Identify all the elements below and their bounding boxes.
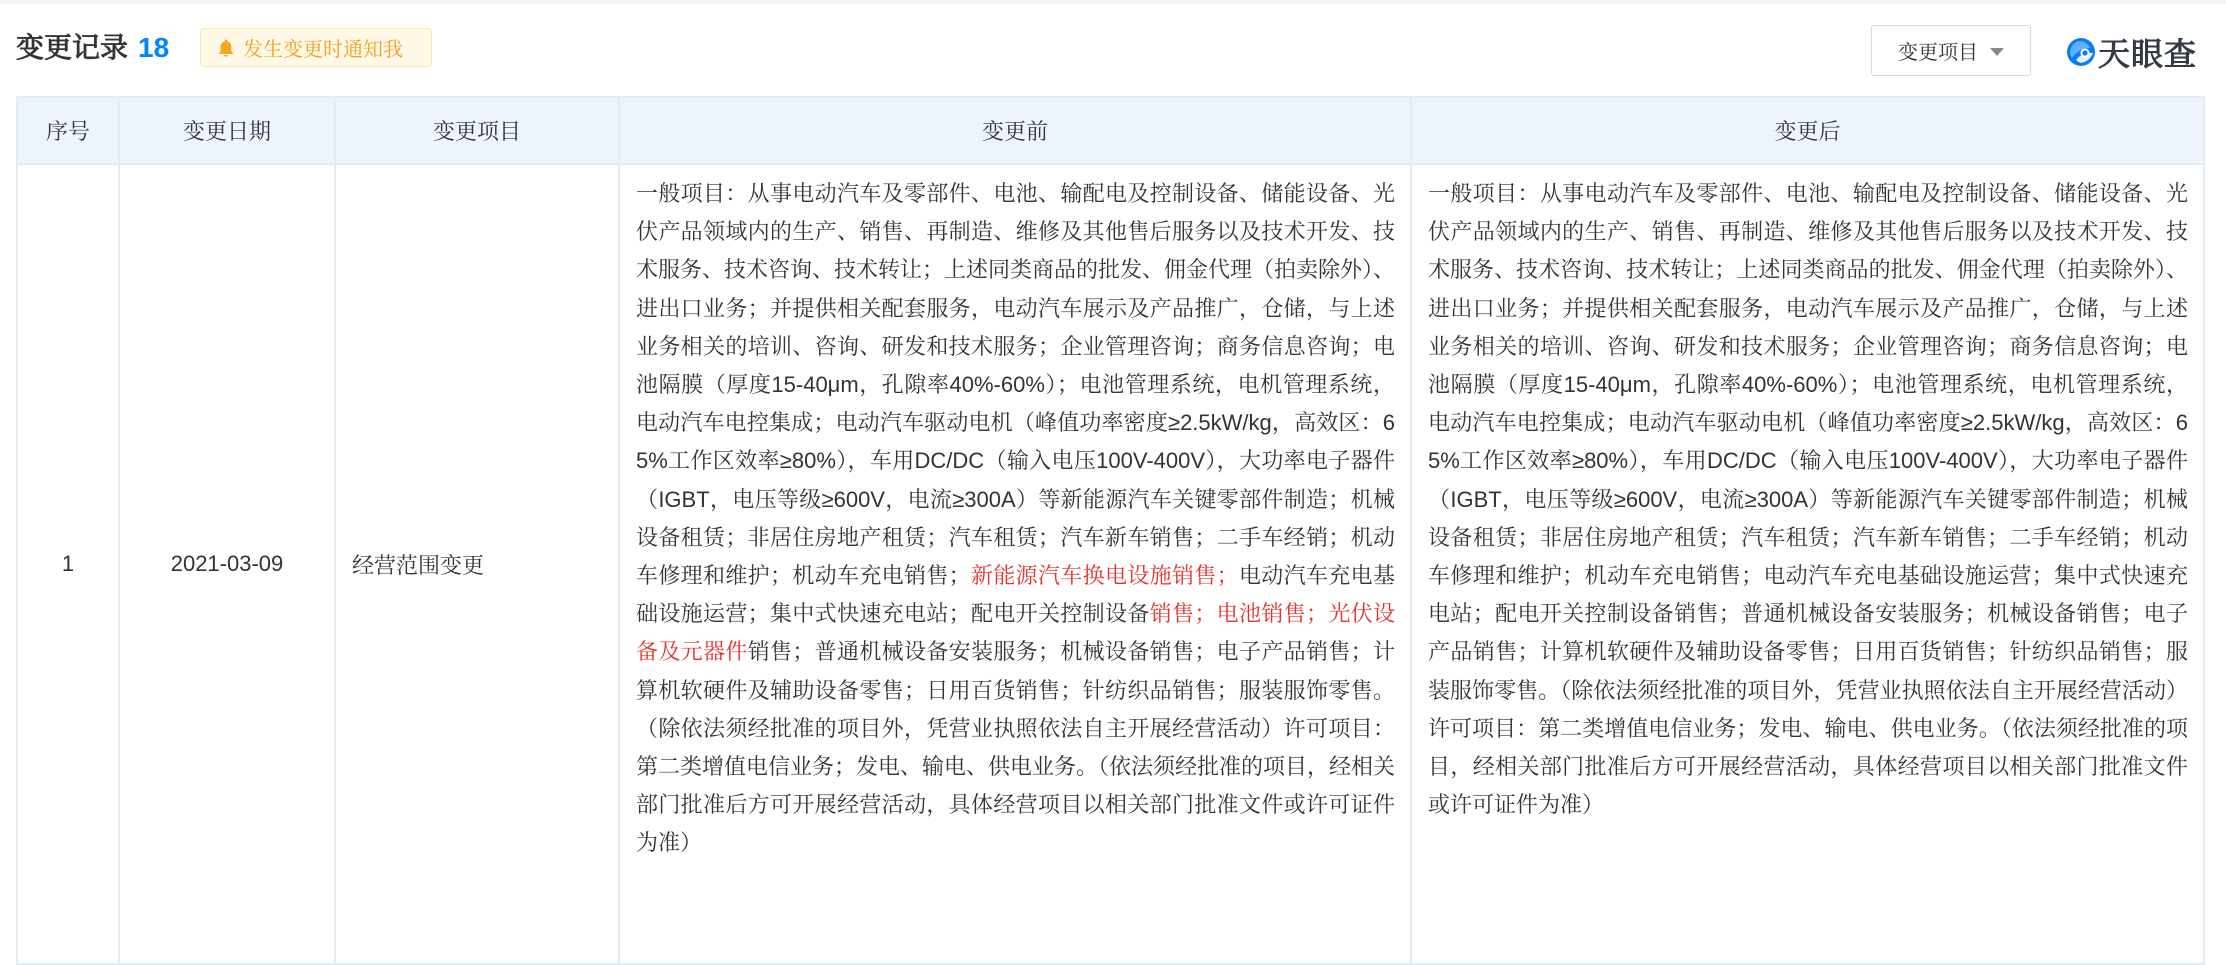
tianyancha-logo: 天眼查: [2066, 32, 2197, 72]
before-text-part3: 销售；普通机械设备安装服务；机械设备销售；电子产品销售；计算机软硬件及辅助设备零…: [636, 639, 1395, 855]
table-row: 1 2021-03-09 经营范围变更 一般项目：从事电动汽车及零部件、电池、输…: [17, 164, 2204, 964]
change-item-filter-dropdown[interactable]: 变更项目: [1871, 25, 2031, 76]
column-header-before: 变更前: [619, 97, 1411, 164]
section-title: 变更记录 18: [16, 28, 169, 68]
bell-icon: [217, 38, 235, 58]
before-text-part1: 一般项目：从事电动汽车及零部件、电池、输配电及控制设备、储能设备、光伏产品领域内…: [636, 181, 1395, 588]
cell-after: 一般项目：从事电动汽车及零部件、电池、输配电及控制设备、储能设备、光伏产品领域内…: [1411, 164, 2204, 964]
caret-down-icon: [1990, 48, 2004, 56]
logo-text: 天眼查: [2098, 29, 2197, 75]
change-records-table: 序号 变更日期 变更项目 变更前 变更后 1 2021-03-09 经营范围变更…: [16, 96, 2205, 964]
cell-item: 经营范围变更: [335, 164, 619, 964]
table-header-row: 序号 变更日期 变更项目 变更前 变更后: [17, 97, 2204, 164]
before-highlight-1: 新能源汽车换电设施销售；: [971, 563, 1239, 588]
column-header-date: 变更日期: [119, 97, 335, 164]
cell-date: 2021-03-09: [119, 164, 335, 964]
notify-button-label: 发生变更时通知我: [243, 33, 403, 62]
column-header-after: 变更后: [1411, 97, 2204, 164]
logo-mark-icon: [2066, 37, 2096, 67]
cell-index: 1: [17, 164, 119, 964]
cell-before: 一般项目：从事电动汽车及零部件、电池、输配电及控制设备、储能设备、光伏产品领域内…: [619, 164, 1411, 964]
notify-on-change-button[interactable]: 发生变更时通知我: [200, 28, 432, 67]
column-header-item: 变更项目: [335, 97, 619, 164]
column-header-index: 序号: [17, 97, 119, 164]
dropdown-label: 变更项目: [1898, 36, 1978, 65]
section-header: 变更记录 18 发生变更时通知我 变更项目 天眼查: [0, 0, 2226, 96]
record-count: 18: [138, 28, 169, 68]
title-text: 变更记录: [16, 28, 128, 68]
